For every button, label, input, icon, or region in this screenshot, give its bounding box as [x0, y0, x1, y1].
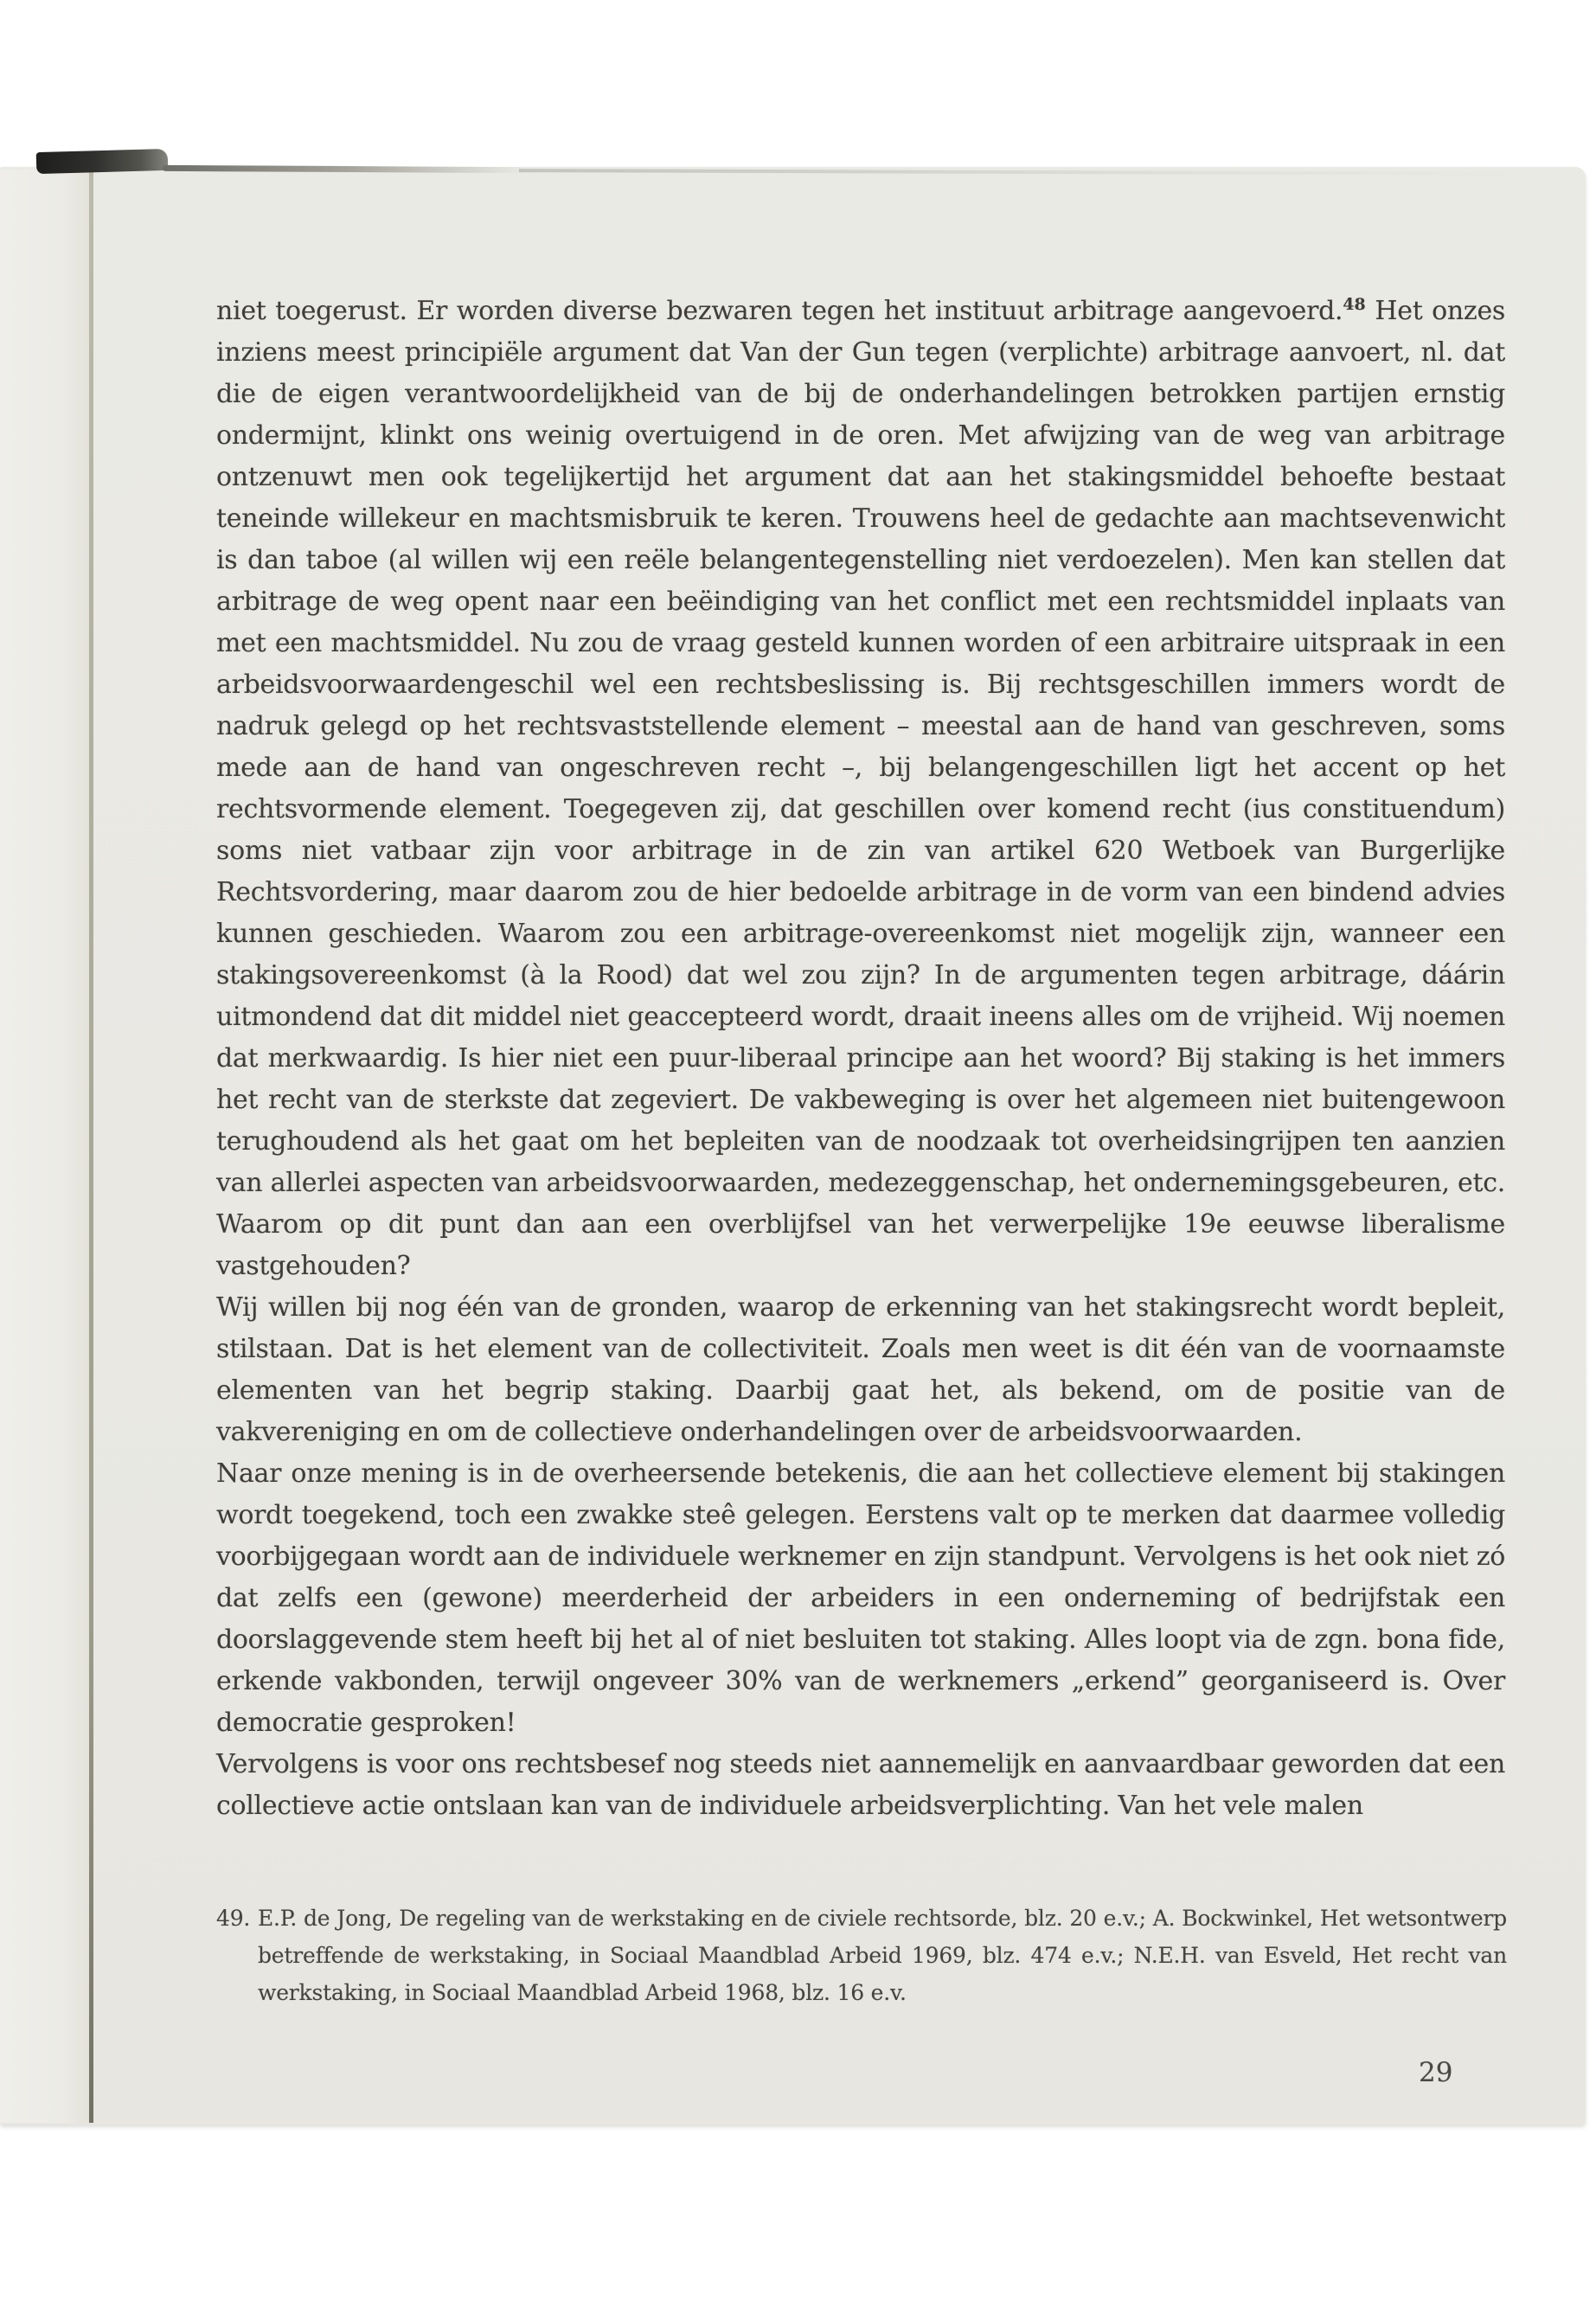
- footnote-line: 49.E.P. de Jong, De regeling van de werk…: [216, 1900, 1507, 2011]
- gutter-fold-line: [89, 170, 93, 2123]
- binder-clip-mark: [36, 149, 169, 174]
- paragraph-text: Het onzes inziens meest principiële argu…: [216, 296, 1505, 1281]
- scan-backdrop: niet toegerust. Er worden diverse bezwar…: [0, 0, 1596, 2301]
- page-edge-sliver: [0, 170, 89, 2123]
- footnote-text: E.P. de Jong, De regeling van de werksta…: [258, 1906, 1507, 2005]
- paragraph: Vervolgens is voor ons rechtsbesef nog s…: [216, 1744, 1505, 1827]
- body-text-block: niet toegerust. Er worden diverse bezwar…: [216, 291, 1505, 1827]
- footnote-reference-superscript: 48: [1343, 295, 1365, 314]
- paragraph: Wij willen bij nog één van de gronden, w…: [216, 1287, 1505, 1453]
- paragraph: niet toegerust. Er worden diverse bezwar…: [216, 291, 1505, 1287]
- paragraph-text: niet toegerust. Er worden diverse bezwar…: [216, 296, 1343, 326]
- footnote-block: 49.E.P. de Jong, De regeling van de werk…: [216, 1900, 1507, 2011]
- footnote-marker: 49.: [216, 1900, 258, 1937]
- page-number: 29: [1419, 2057, 1452, 2088]
- paragraph: Naar onze mening is in de overheersende …: [216, 1453, 1505, 1744]
